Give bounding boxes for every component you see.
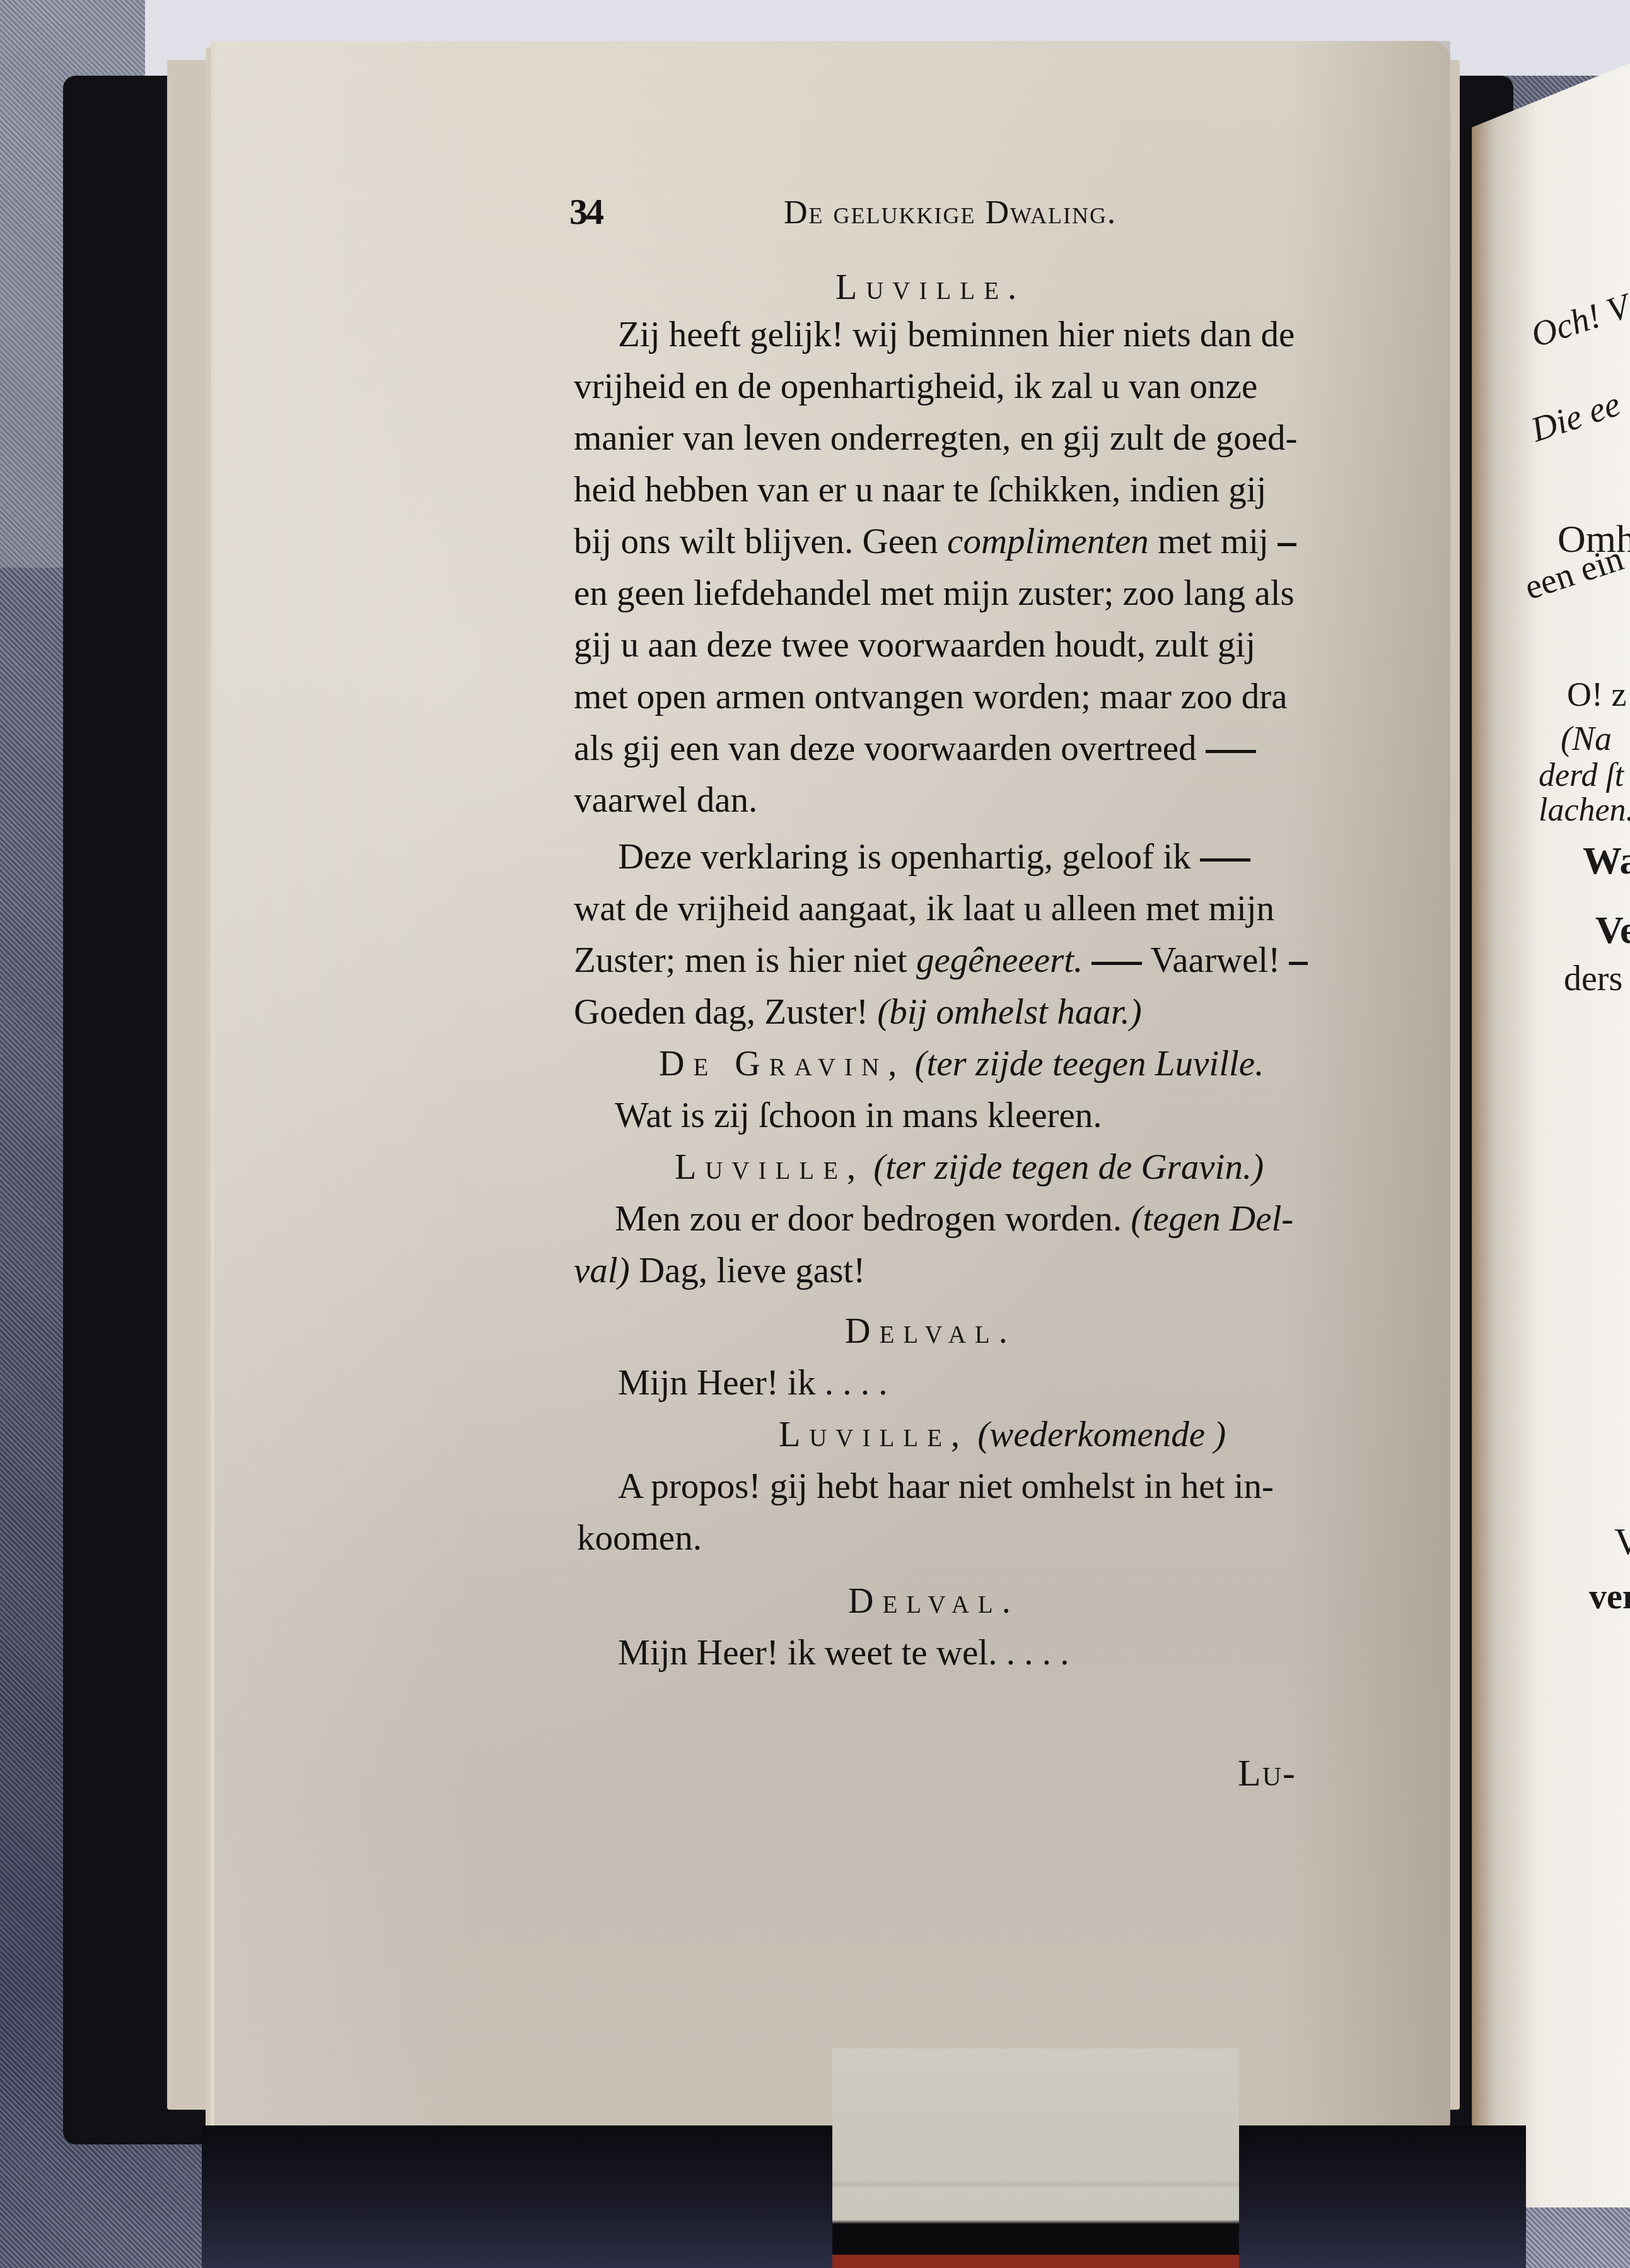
text-line: koomen. (577, 1512, 702, 1564)
speaker-heading: Luville, (wederkomende ) (779, 1409, 1226, 1461)
paper-patch (832, 2049, 1239, 2268)
facing-fragment: O! z (1567, 675, 1626, 714)
text-line: als gij een van deze voorwaarden overtre… (574, 723, 1256, 775)
text-run: met mij (1149, 522, 1269, 561)
facing-fragment: Wa (1583, 839, 1630, 884)
text-line: manier van leven onderregten, en gij zul… (574, 412, 1297, 464)
text-line: Men zou er door bedrogen worden. (tegen … (615, 1193, 1293, 1245)
text-run: Vaarwel! (1142, 940, 1280, 980)
text-line: gij u aan deze twee voorwaarden houdt, z… (574, 619, 1255, 671)
text-line: Deze verklaring is openhartig, geloof ik (618, 831, 1250, 883)
facing-fragment: derd ſt (1539, 757, 1624, 794)
facing-fragment: V (1614, 1520, 1630, 1564)
page-highlight (214, 41, 479, 2129)
text-line: heid hebben van er u naar te ſchikken, i… (574, 464, 1266, 516)
text-run: Goeden dag, Zuster! (574, 992, 877, 1032)
italic-word: complimenten (947, 522, 1149, 561)
text-run: Dag, lieve gast! (630, 1251, 866, 1290)
text-run: als gij een van deze voorwaarden overtre… (574, 728, 1197, 768)
dash (1200, 858, 1250, 862)
facing-fragment: Och! V (1526, 286, 1630, 356)
stage-direction: val) (574, 1251, 630, 1290)
running-head: 34 De gelukkige Dwaling. (356, 186, 1277, 237)
page-number: 34 (569, 186, 602, 238)
speaker-heading: Delval. (845, 1306, 1016, 1357)
text-line: Mijn Heer! ik weet te wel. . . . . (618, 1627, 1069, 1679)
text-run: Deze verklaring is openhartig, geloof ik (618, 837, 1191, 877)
speaker-heading: Delval. (848, 1575, 1020, 1627)
stage-direction: (bij omhelst haar.) (877, 992, 1142, 1032)
facing-page-text: Och! V Die ee Omhe een ein O! z (Na derd… (1526, 0, 1630, 2268)
catchword: Lu- (1238, 1747, 1296, 1799)
text-line: Zij heeft gelijk! wij beminnen hier niet… (618, 309, 1295, 361)
speaker-name: De Gravin, (659, 1044, 905, 1084)
facing-fragment: ders (1564, 959, 1622, 999)
text-run: Men zou er door bedrogen worden. (615, 1199, 1131, 1239)
red-strip (832, 2255, 1239, 2268)
text-line: val) Dag, lieve gast! (574, 1245, 865, 1297)
dash (1092, 962, 1142, 965)
stage-direction: (tegen Del- (1131, 1199, 1293, 1239)
speaker-heading: De Gravin, (ter zijde teegen Luville. (659, 1038, 1264, 1090)
stage-direction: (wederkomende ) (969, 1415, 1226, 1454)
speaker-heading: Luville, (ter zijde tegen de Gravin.) (675, 1142, 1264, 1193)
facing-fragment: ver (1589, 1577, 1630, 1617)
text-line: bij ons wilt blijven. Geen complimenten … (574, 516, 1296, 568)
dash (1289, 962, 1308, 965)
italic-word: gegêneeert. (916, 940, 1083, 980)
text-run: Zuster; men is hier niet (574, 940, 916, 980)
text-line: Mijn Heer! ik . . . . (618, 1357, 887, 1409)
running-title: De gelukkige Dwaling. (784, 187, 1117, 239)
text-line: Wat is zij ſchoon in mans kleeren. (615, 1090, 1102, 1142)
speaker-heading: Luville. (835, 262, 1025, 313)
text-line: en geen liefdehandel met mijn zuster; zo… (574, 568, 1295, 619)
text-line: vrijheid en de openhartigheid, ik zal u … (574, 361, 1257, 412)
stage-direction: (ter zijde teegen Luville. (905, 1044, 1264, 1084)
stage-direction: (ter zijde tegen de Gravin.) (864, 1147, 1264, 1187)
facing-fragment: (Na (1561, 719, 1612, 758)
text-run: bij ons wilt blijven. Geen (574, 522, 947, 561)
facing-fragment: lachen. (1539, 792, 1630, 829)
speaker-name: Luville, (675, 1148, 864, 1187)
text-line: Goeden dag, Zuster! (bij omhelst haar.) (574, 986, 1142, 1038)
dash (1278, 543, 1296, 546)
dash (1206, 750, 1256, 753)
text-line: vaarwel dan. (574, 775, 757, 826)
facing-fragment: Die ee (1526, 383, 1625, 450)
text-line: Zuster; men is hier niet gegêneeert. Vaa… (574, 935, 1308, 986)
facing-fragment: Ve (1595, 908, 1630, 953)
text-line: met open armen ontvangen worden; maar zo… (574, 671, 1288, 723)
page-gutter-shade (1286, 41, 1450, 2129)
speaker-name: Luville, (779, 1415, 969, 1454)
text-line: wat de vrijheid aangaat, ik laat u allee… (574, 883, 1274, 935)
text-line: A propos! gij hebt haar niet omhelst in … (618, 1461, 1274, 1512)
